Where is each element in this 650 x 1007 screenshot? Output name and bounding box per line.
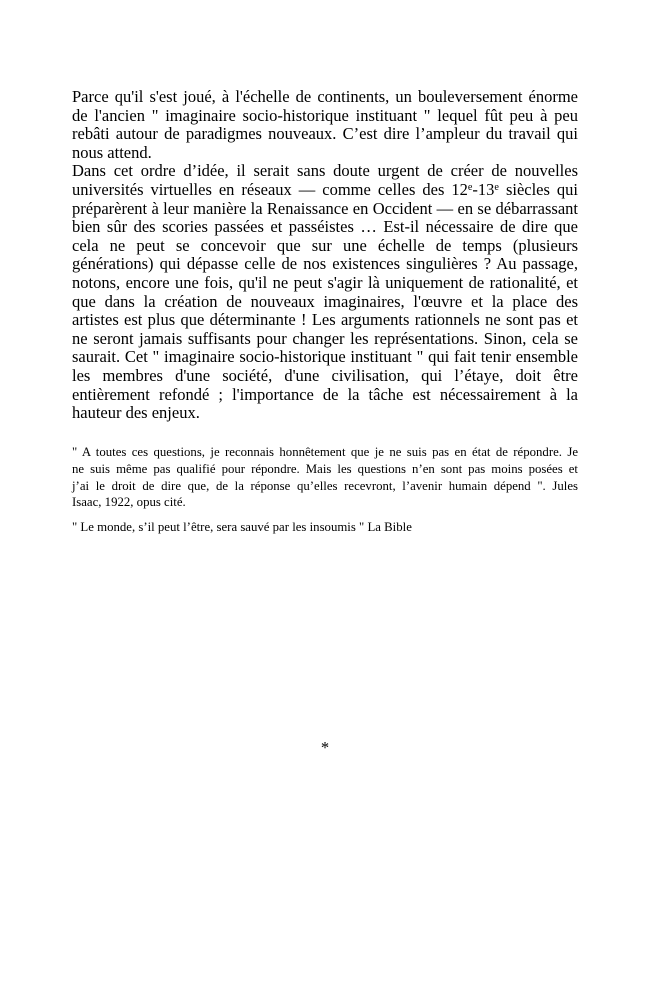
text-line: artistes est plus que déterminante ! Les… bbox=[72, 311, 578, 330]
text-run: Parce qu'il s'est joué, à l'échelle de c… bbox=[72, 87, 578, 106]
paragraph: " Le monde, s’il peut l’être, sera sauvé… bbox=[72, 519, 578, 536]
text-line: de l'ancien " imaginaire socio-historiqu… bbox=[72, 107, 578, 126]
body-text-block: Parce qu'il s'est joué, à l'échelle de c… bbox=[72, 88, 578, 423]
paragraph: Dans cet ordre d’idée, il serait sans do… bbox=[72, 162, 578, 422]
section-separator-asterisk: * bbox=[0, 739, 650, 758]
text-line: ne suis même pas qualifié pour répondre.… bbox=[72, 461, 578, 478]
superscript-ordinal: e bbox=[494, 182, 499, 193]
text-line: ne seront jamais suffisants pour changer… bbox=[72, 330, 578, 349]
text-run: ne suis même pas qualifié pour répondre.… bbox=[72, 462, 578, 476]
text-line: rebâti autour de paradigmes nouveaux. C’… bbox=[72, 125, 578, 144]
text-run: Dans cet ordre d’idée, il serait sans do… bbox=[72, 161, 578, 180]
text-line: j’ai le droit de dire que, de la réponse… bbox=[72, 478, 578, 495]
text-line: hauteur des enjeux. bbox=[72, 404, 578, 423]
text-run: notons, encore une fois, qu'il ne peut s… bbox=[72, 273, 578, 292]
text-run: ne seront jamais suffisants pour changer… bbox=[72, 329, 578, 348]
text-run: -13 bbox=[472, 180, 494, 199]
text-run: universités virtuelles en réseaux — comm… bbox=[72, 180, 468, 199]
text-run: " A toutes ces questions, je reconnais h… bbox=[72, 445, 578, 459]
text-run: saurait. Cet " imaginaire socio-historiq… bbox=[72, 347, 578, 366]
text-run: cela ne peut se concevoir que sur une éc… bbox=[72, 236, 578, 255]
document-page: Parce qu'il s'est joué, à l'échelle de c… bbox=[0, 0, 650, 1007]
text-run: générations) qui dépasse celle de nos ex… bbox=[72, 254, 578, 273]
text-line: saurait. Cet " imaginaire socio-historiq… bbox=[72, 348, 578, 367]
text-line: préparèrent à leur manière la Renaissanc… bbox=[72, 200, 578, 219]
text-line: notons, encore une fois, qu'il ne peut s… bbox=[72, 274, 578, 293]
text-line: cela ne peut se concevoir que sur une éc… bbox=[72, 237, 578, 256]
text-line: " Le monde, s’il peut l’être, sera sauvé… bbox=[72, 519, 578, 536]
text-run: préparèrent à leur manière la Renaissanc… bbox=[72, 199, 578, 218]
text-line: universités virtuelles en réseaux — comm… bbox=[72, 181, 578, 200]
text-run: bien sûr des scories passées et passéist… bbox=[72, 217, 578, 236]
text-line: que dans la création de nouveaux imagina… bbox=[72, 293, 578, 312]
text-run: nous attend. bbox=[72, 143, 152, 162]
text-line: les membres d'une société, d'une civilis… bbox=[72, 367, 578, 386]
text-run: siècles qui bbox=[499, 180, 578, 199]
citation-quote-block: " A toutes ces questions, je reconnais h… bbox=[72, 444, 578, 511]
text-line: Dans cet ordre d’idée, il serait sans do… bbox=[72, 162, 578, 181]
text-run: que dans la création de nouveaux imagina… bbox=[72, 292, 578, 311]
paragraph: Parce qu'il s'est joué, à l'échelle de c… bbox=[72, 88, 578, 162]
text-line: entièrement refondé ; l'importance de la… bbox=[72, 386, 578, 405]
text-run: " Le monde, s’il peut l’être, sera sauvé… bbox=[72, 520, 412, 534]
text-run: j’ai le droit de dire que, de la réponse… bbox=[72, 479, 578, 493]
text-line: bien sûr des scories passées et passéist… bbox=[72, 218, 578, 237]
text-line: " A toutes ces questions, je reconnais h… bbox=[72, 444, 578, 461]
text-line: Parce qu'il s'est joué, à l'échelle de c… bbox=[72, 88, 578, 107]
text-run: artistes est plus que déterminante ! Les… bbox=[72, 310, 578, 329]
text-line: nous attend. bbox=[72, 144, 578, 163]
text-line: générations) qui dépasse celle de nos ex… bbox=[72, 255, 578, 274]
bible-quote-line: " Le monde, s’il peut l’être, sera sauvé… bbox=[72, 519, 578, 536]
text-run: les membres d'une société, d'une civilis… bbox=[72, 366, 578, 385]
text-run: Isaac, 1922, opus cité. bbox=[72, 495, 186, 509]
text-run: hauteur des enjeux. bbox=[72, 403, 200, 422]
text-run: rebâti autour de paradigmes nouveaux. C’… bbox=[72, 124, 578, 143]
text-line: Isaac, 1922, opus cité. bbox=[72, 494, 578, 511]
text-run: entièrement refondé ; l'importance de la… bbox=[72, 385, 578, 404]
superscript-ordinal: e bbox=[468, 182, 473, 193]
text-run: de l'ancien " imaginaire socio-historiqu… bbox=[72, 106, 578, 125]
paragraph: " A toutes ces questions, je reconnais h… bbox=[72, 444, 578, 511]
